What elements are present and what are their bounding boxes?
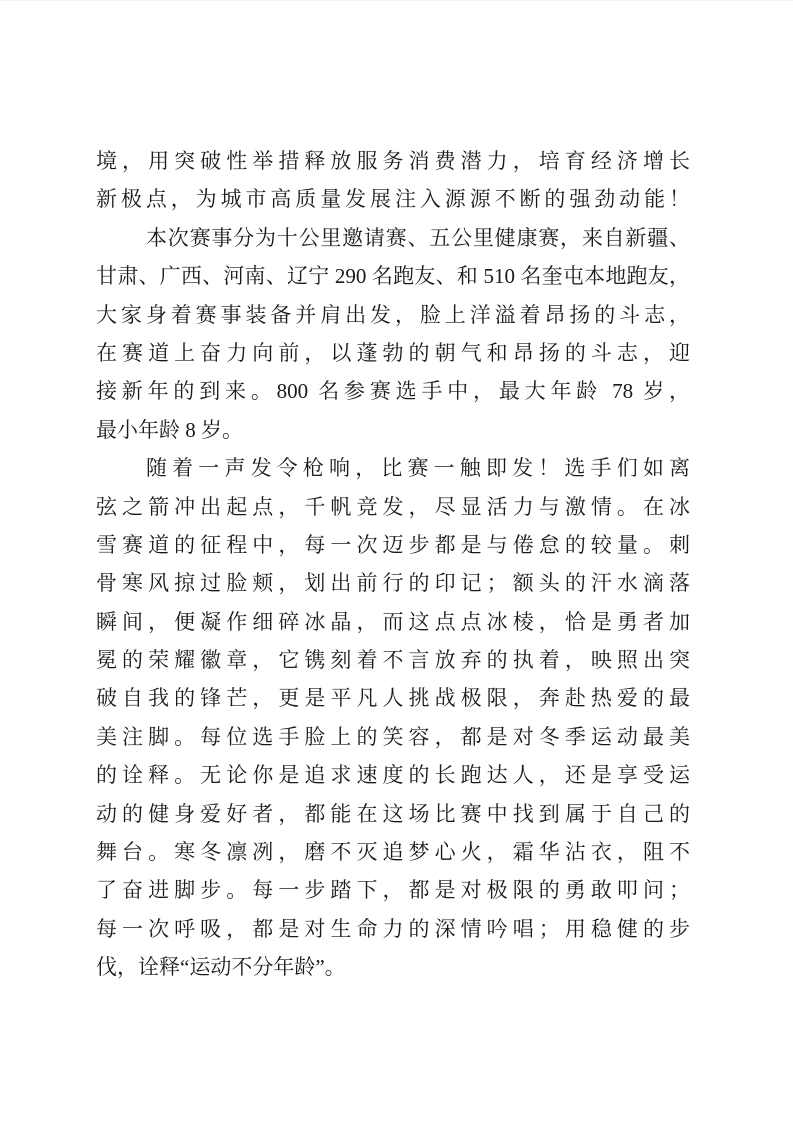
text-line: 新极点，为城市高质量发展注入源源不断的强劲动能！ [96, 180, 690, 218]
text-line: 接新年的到来。800 名参赛选手中，最大年龄 78 岁， [96, 372, 690, 410]
text-line: 美注脚。每位选手脸上的笑容，都是对冬季运动最美 [96, 718, 690, 756]
text-line: 舞台。寒冬凛冽，磨不灭追梦心火，霜华沾衣，阻不 [96, 833, 690, 871]
text-line: 的诠释。无论你是追求速度的长跑达人，还是享受运 [96, 756, 690, 794]
paragraph-1: 境，用突破性举措释放服务消费潜力，培育经济增长 新极点，为城市高质量发展注入源源… [96, 142, 690, 219]
text-line: 弦之箭冲出起点，千帆竞发，尽显活力与激情。在冰 [96, 488, 690, 526]
paragraph-2: 本次赛事分为十公里邀请赛、五公里健康赛，来自新疆、 甘肃、广西、河南、辽宁 29… [96, 219, 690, 449]
text-line: 雪赛道的征程中，每一次迈步都是与倦怠的较量。刺 [96, 526, 690, 564]
paragraph-3: 随着一声发令枪响，比赛一触即发！选手们如离 弦之箭冲出起点，千帆竞发，尽显活力与… [96, 449, 690, 986]
text-line: 甘肃、广西、河南、辽宁 290 名跑友、和 510 名奎屯本地跑友， [96, 257, 690, 295]
document-page: 境，用突破性举措释放服务消费潜力，培育经济增长 新极点，为城市高质量发展注入源源… [0, 0, 793, 1122]
text-line: 随着一声发令枪响，比赛一触即发！选手们如离 [96, 449, 690, 487]
text-line: 动的健身爱好者，都能在这场比赛中找到属于自己的 [96, 795, 690, 833]
text-line: 伐，诠释“运动不分年龄”。 [96, 948, 690, 986]
document-body: 境，用突破性举措释放服务消费潜力，培育经济增长 新极点，为城市高质量发展注入源源… [96, 142, 690, 987]
text-line: 在赛道上奋力向前，以蓬勃的朝气和昂扬的斗志，迎 [96, 334, 690, 372]
text-line: 破自我的锋芒，更是平凡人挑战极限，奔赴热爱的最 [96, 679, 690, 717]
text-line: 大家身着赛事装备并肩出发，脸上洋溢着昂扬的斗志， [96, 296, 690, 334]
text-line: 骨寒风掠过脸颊，划出前行的印记；额头的汗水滴落 [96, 564, 690, 602]
text-line: 冕的荣耀徽章，它镌刻着不言放弃的执着，映照出突 [96, 641, 690, 679]
text-line: 最小年龄 8 岁。 [96, 411, 690, 449]
text-line: 瞬间，便凝作细碎冰晶，而这点点冰棱，恰是勇者加 [96, 603, 690, 641]
text-line: 每一次呼吸，都是对生命力的深情吟唱；用稳健的步 [96, 910, 690, 948]
text-line: 本次赛事分为十公里邀请赛、五公里健康赛，来自新疆、 [96, 219, 690, 257]
text-line: 境，用突破性举措释放服务消费潜力，培育经济增长 [96, 142, 690, 180]
text-line: 了奋进脚步。每一步踏下，都是对极限的勇敢叩问； [96, 871, 690, 909]
